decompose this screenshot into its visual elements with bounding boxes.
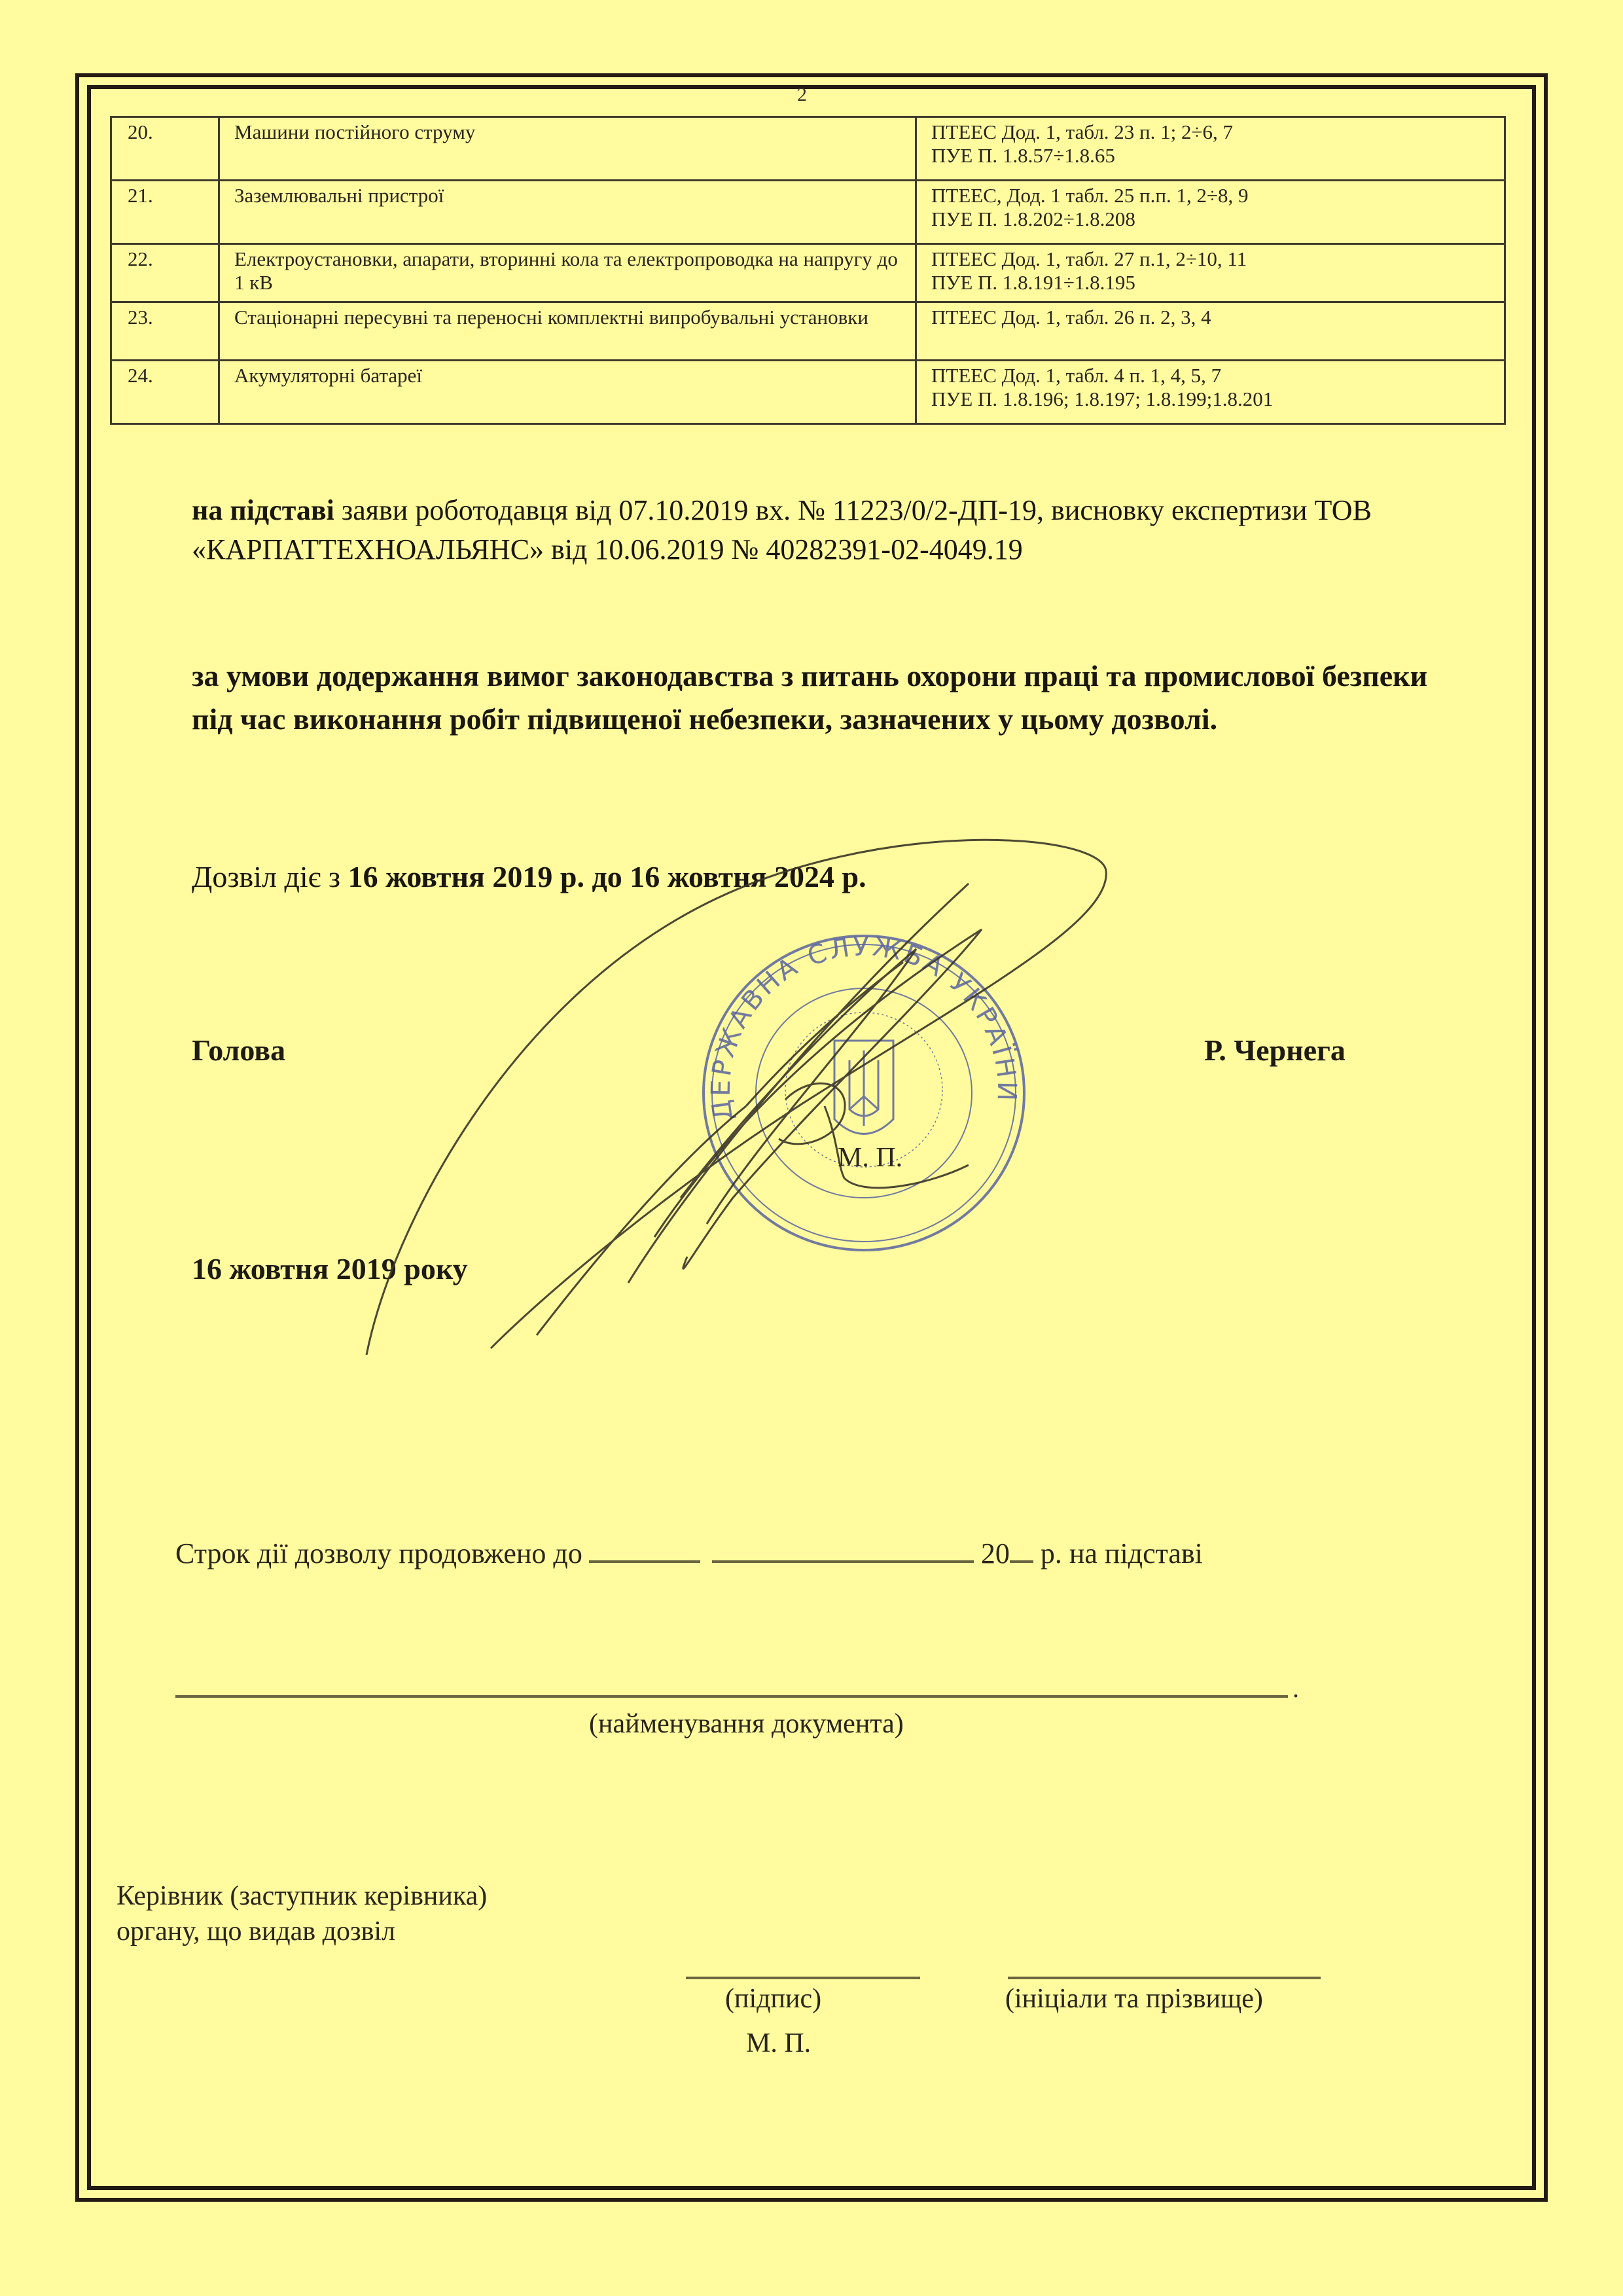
regulation-ref: ПУЕ П. 1.8.196; 1.8.197; 1.8.199;1.8.201	[931, 387, 1496, 411]
issuer-signature-field[interactable]	[686, 1977, 920, 1979]
validity-prefix: Дозвіл діє з	[192, 860, 348, 893]
equipment-table: 20.Машини постійного струмуПТЕЕС Дод. 1,…	[110, 116, 1506, 425]
name-caption: (ініціали та прізвище)	[1005, 1983, 1263, 2015]
signatory-name: Р. Чернега	[1204, 1033, 1346, 1067]
extension-line: Строк дії дозволу продовжено до 20 р. на…	[175, 1533, 1203, 1570]
table-row: 24.Акумуляторні батареїПТЕЕС Дод. 1, таб…	[111, 361, 1505, 424]
row-regulation-refs: ПТЕЕС Дод. 1, табл. 26 п. 2, 3, 4	[916, 302, 1505, 361]
regulation-ref: ПТЕЕС Дод. 1, табл. 4 п. 1, 4, 5, 7	[931, 364, 1496, 387]
row-number: 21.	[111, 181, 219, 244]
row-number: 23.	[111, 302, 219, 361]
issuer-line-1: Керівник (заступник керівника)	[116, 1878, 487, 1914]
row-regulation-refs: ПТЕЕС, Дод. 1 табл. 25 п.п. 1, 2÷8, 9ПУЕ…	[916, 181, 1505, 244]
regulation-ref: ПУЕ П. 1.8.202÷1.8.208	[931, 207, 1496, 231]
extension-year-prefix: 20	[981, 1537, 1010, 1570]
row-number: 20.	[111, 117, 219, 181]
basis-paragraph: на підставі заяви роботодавця від 07.10.…	[192, 491, 1435, 569]
extension-prefix: Строк дії дозволу продовжено до	[175, 1537, 582, 1570]
regulation-ref: ПУЕ П. 1.8.191÷1.8.195	[931, 271, 1496, 295]
table-row: 23.Стаціонарні пересувні та переносні ко…	[111, 302, 1505, 361]
extension-month-field[interactable]	[712, 1533, 974, 1563]
basis-text: заяви роботодавця від 07.10.2019 вх. № 1…	[192, 494, 1372, 565]
issuer-block: Керівник (заступник керівника) органу, щ…	[116, 1878, 487, 1949]
regulation-ref: ПУЕ П. 1.8.57÷1.8.65	[931, 144, 1496, 168]
row-regulation-refs: ПТЕЕС Дод. 1, табл. 27 п.1, 2÷10, 11ПУЕ …	[916, 244, 1505, 302]
row-number: 24.	[111, 361, 219, 424]
basis-lead: на підставі	[192, 494, 334, 526]
row-number: 22.	[111, 244, 219, 302]
table-row: 20.Машини постійного струмуПТЕЕС Дод. 1,…	[111, 117, 1505, 181]
row-equipment-name: Акумуляторні батареї	[219, 361, 916, 424]
seal-placeholder-label: М. П.	[838, 1142, 902, 1174]
regulation-ref: ПТЕЕС Дод. 1, табл. 23 п. 1; 2÷6, 7	[931, 120, 1496, 144]
extension-year-field[interactable]	[1010, 1533, 1033, 1563]
condition-paragraph: за умови додержання вимог законодавства …	[192, 655, 1468, 741]
regulation-ref: ПТЕЕС Дод. 1, табл. 27 п.1, 2÷10, 11	[931, 247, 1496, 271]
table-row: 22.Електроустановки, апарати, вторинні к…	[111, 244, 1505, 302]
table-row: 21.Заземлювальні пристроїПТЕЕС, Дод. 1 т…	[111, 181, 1505, 244]
row-equipment-name: Електроустановки, апарати, вторинні кола…	[219, 244, 916, 302]
signature-caption: (підпис)	[725, 1983, 821, 2015]
document-name-field[interactable]	[175, 1695, 1288, 1698]
row-equipment-name: Стаціонарні пересувні та переносні компл…	[219, 302, 916, 361]
page-number: 2	[797, 84, 807, 106]
regulation-ref: ПТЕЕС Дод. 1, табл. 26 п. 2, 3, 4	[931, 306, 1496, 329]
regulation-ref: ПТЕЕС, Дод. 1 табл. 25 п.п. 1, 2÷8, 9	[931, 184, 1496, 207]
row-regulation-refs: ПТЕЕС Дод. 1, табл. 4 п. 1, 4, 5, 7ПУЕ П…	[916, 361, 1505, 424]
extension-suffix: р. на підставі	[1041, 1537, 1203, 1570]
row-equipment-name: Заземлювальні пристрої	[219, 181, 916, 244]
issuer-seal-label: М. П.	[746, 2028, 811, 2059]
row-equipment-name: Машини постійного струму	[219, 117, 916, 181]
document-name-caption: (найменування документа)	[589, 1708, 904, 1740]
signatory-title: Голова	[192, 1033, 285, 1067]
extension-day-field[interactable]	[589, 1533, 700, 1563]
issuer-name-field[interactable]	[1008, 1977, 1321, 1979]
handwritten-signature-icon	[340, 831, 1145, 1368]
document-name-period: .	[1293, 1673, 1299, 1704]
row-regulation-refs: ПТЕЕС Дод. 1, табл. 23 п. 1; 2÷6, 7ПУЕ П…	[916, 117, 1505, 181]
issuer-line-2: органу, що видав дозвіл	[116, 1914, 487, 1949]
